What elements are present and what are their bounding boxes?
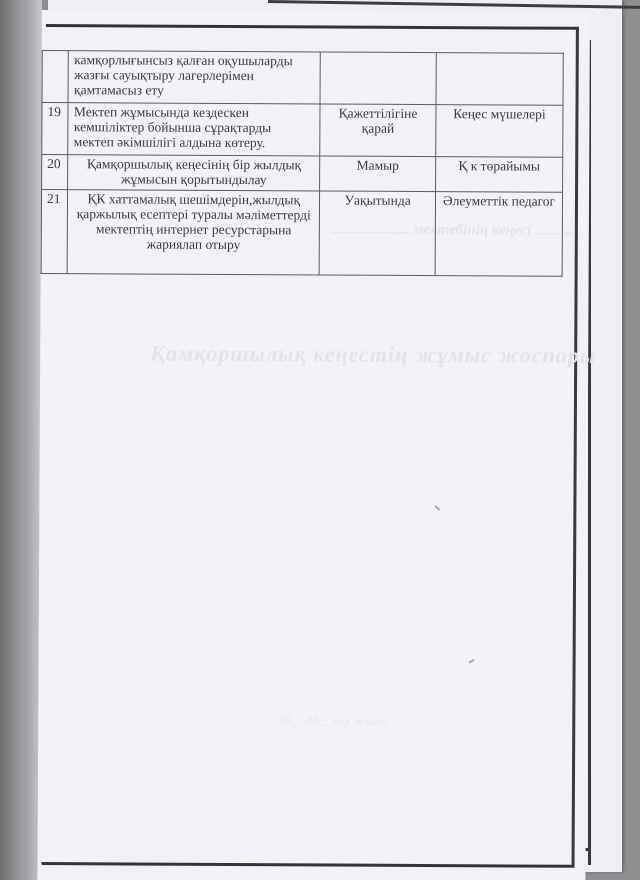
row-task: ҚК хаттамалық шешімдерін,жылдық қаржылық… bbox=[68, 190, 320, 275]
row-responsible bbox=[436, 53, 563, 106]
row-number bbox=[42, 51, 69, 103]
row-deadline bbox=[320, 52, 436, 105]
scan-shadow bbox=[0, 0, 42, 880]
row-deadline: Қажеттілігіне қарай bbox=[320, 104, 436, 157]
back-sheet-border-top bbox=[268, 0, 640, 9]
row-task: Мектеп жұмысында кездескен кемшіліктер б… bbox=[68, 103, 320, 156]
row-deadline: Уақытында bbox=[319, 191, 435, 276]
row-task: Қамқоршылық кеңесінің бір жылдық жұмысын… bbox=[68, 155, 320, 191]
plan-table: камқорлығынсыз қалған оқушыларды жазғы с… bbox=[41, 50, 564, 277]
row-number: 19 bbox=[42, 103, 69, 155]
table-row: 20 Қамқоршылық кеңесінің бір жылдық жұмы… bbox=[42, 155, 563, 193]
row-responsible: Қ к төрайымы bbox=[436, 157, 563, 193]
row-responsible: Әлеуметтік педагог bbox=[435, 192, 562, 277]
table-row: 21 ҚК хаттамалық шешімдерін,жылдық қаржы… bbox=[41, 190, 562, 277]
document-page: ..................... мектебінің кеңесі … bbox=[37, 10, 590, 880]
row-number: 21 bbox=[41, 190, 68, 274]
row-responsible: Кеңес мүшелері bbox=[436, 105, 563, 158]
table-row: камқорлығынсыз қалған оқушыларды жазғы с… bbox=[42, 51, 563, 106]
row-task: камқорлығынсыз қалған оқушыларды жазғы с… bbox=[68, 51, 320, 104]
table-row: 19 Мектеп жұмысында кездескен кемшілікте… bbox=[42, 103, 563, 158]
row-number: 20 bbox=[42, 155, 69, 190]
row-deadline: Мамыр bbox=[320, 156, 436, 192]
